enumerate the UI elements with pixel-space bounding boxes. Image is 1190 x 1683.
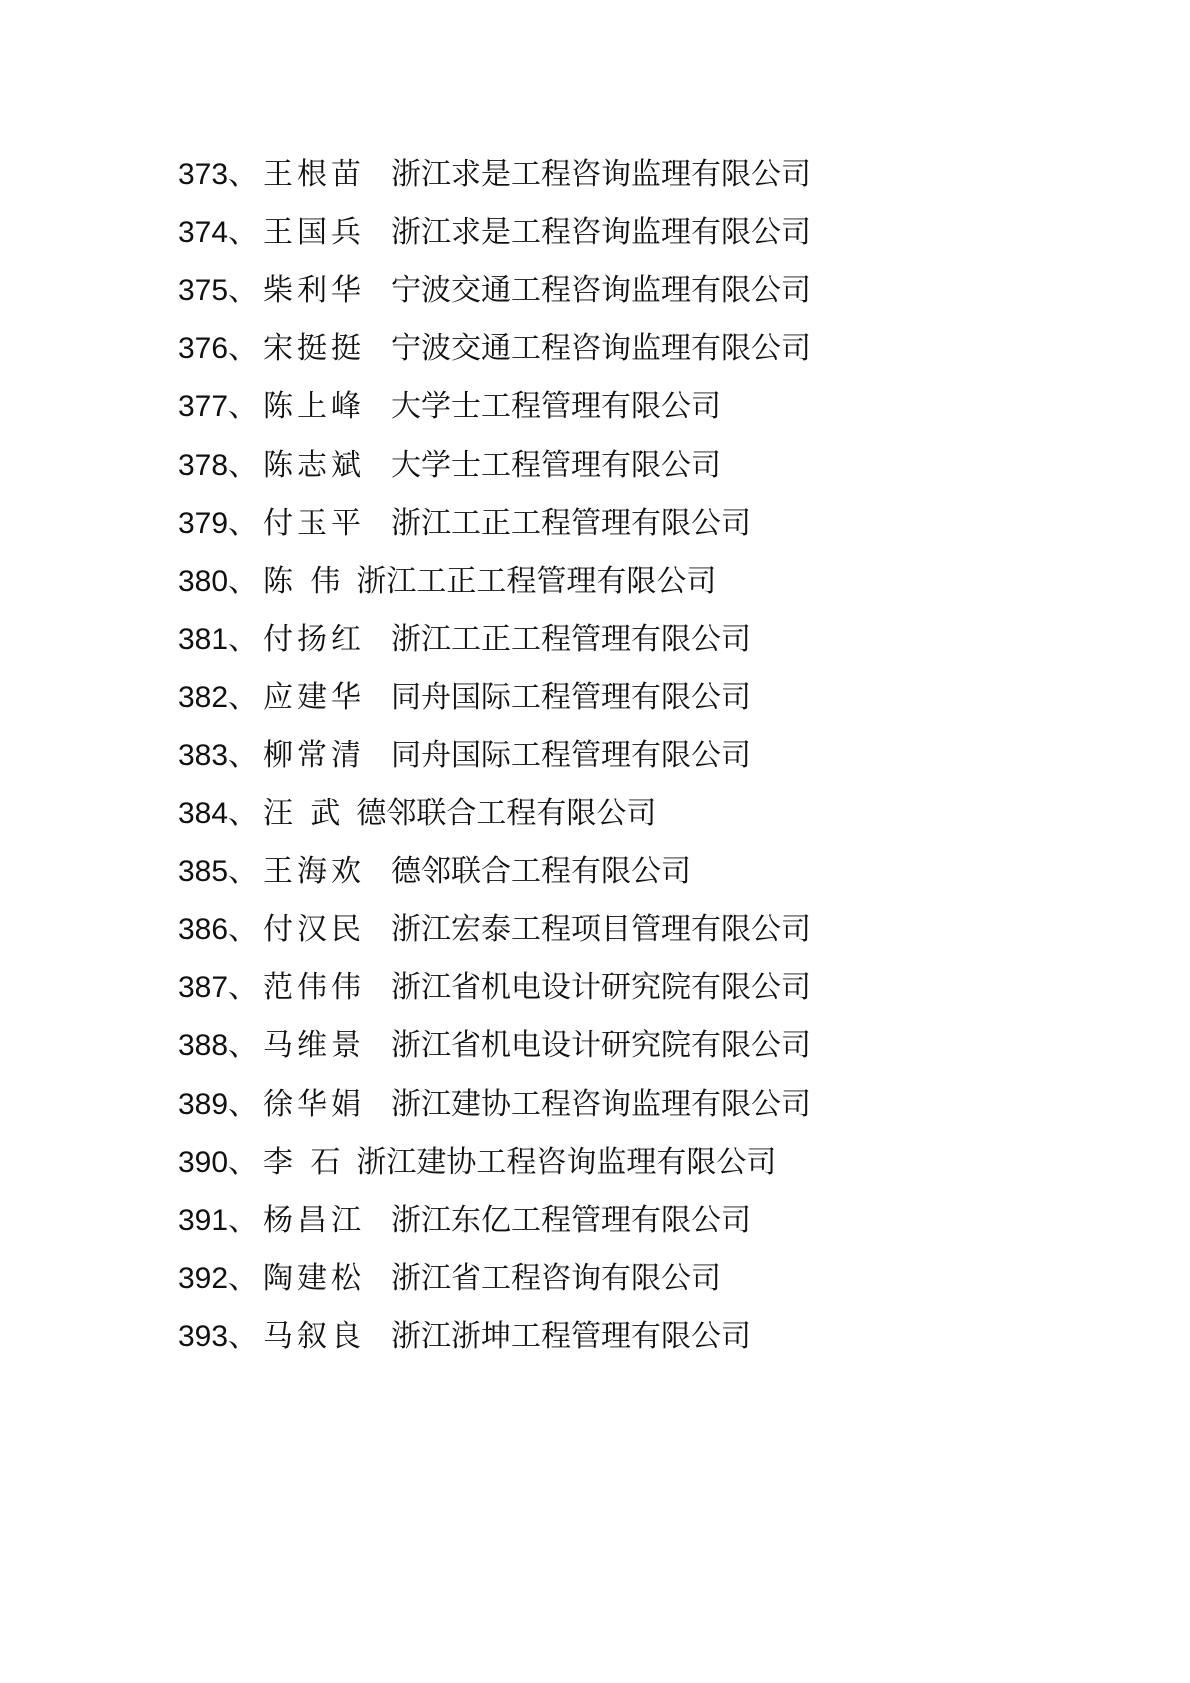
entry-company: 大学士工程管理有限公司 (391, 392, 721, 422)
entry-name: 马维景 (263, 1031, 365, 1061)
entry-name: 应建华 (263, 683, 365, 713)
list-item: 391、 杨昌江 浙江东亿工程管理有限公司 (178, 1192, 1118, 1250)
entry-name: 范伟伟 (263, 973, 365, 1003)
entry-name: 徐华娟 (263, 1090, 365, 1120)
entry-number: 374、 (178, 218, 263, 248)
entry-name: 杨昌江 (263, 1206, 365, 1236)
list-item: 378、 陈志斌 大学士工程管理有限公司 (178, 436, 1118, 494)
entry-name: 陶建松 (263, 1264, 365, 1294)
entry-number: 392、 (178, 1264, 263, 1294)
entry-name: 付汉民 (263, 915, 365, 945)
list-item: 373、 王根苗 浙江求是工程咨询监理有限公司 (178, 146, 1118, 204)
entry-name: 柴利华 (263, 276, 365, 306)
entry-company: 德邻联合工程有限公司 (391, 857, 691, 887)
entry-company: 浙江求是工程咨询监理有限公司 (391, 160, 811, 190)
entry-company: 同舟国际工程管理有限公司 (391, 741, 751, 771)
entry-name: 陈 伟 (263, 567, 340, 597)
entry-company: 浙江浙坤工程管理有限公司 (391, 1322, 751, 1352)
entry-name: 王海欢 (263, 857, 365, 887)
entry-company: 德邻联合工程有限公司 (356, 799, 656, 829)
entry-number: 376、 (178, 334, 263, 364)
entry-name: 陈上峰 (263, 392, 365, 422)
list-item: 375、 柴利华 宁波交通工程咨询监理有限公司 (178, 262, 1118, 320)
document-page: 373、 王根苗 浙江求是工程咨询监理有限公司 374、 王国兵 浙江求是工程咨… (0, 0, 1190, 1683)
list-item: 392、 陶建松 浙江省工程咨询有限公司 (178, 1250, 1118, 1308)
entry-name: 王国兵 (263, 218, 365, 248)
entry-number: 375、 (178, 276, 263, 306)
entry-number: 378、 (178, 451, 263, 481)
entry-company: 浙江东亿工程管理有限公司 (391, 1206, 751, 1236)
entry-company: 浙江省机电设计研究院有限公司 (391, 973, 811, 1003)
entry-name: 汪 武 (263, 799, 340, 829)
entry-company: 浙江建协工程咨询监理有限公司 (356, 1148, 776, 1178)
entry-number: 379、 (178, 509, 263, 539)
entry-name: 李 石 (263, 1148, 340, 1178)
entry-company: 大学士工程管理有限公司 (391, 451, 721, 481)
list-item: 387、 范伟伟 浙江省机电设计研究院有限公司 (178, 959, 1118, 1017)
list-item: 390、 李 石 浙江建协工程咨询监理有限公司 (178, 1134, 1118, 1192)
list-item: 385、 王海欢 德邻联合工程有限公司 (178, 843, 1118, 901)
entry-name: 柳常清 (263, 741, 365, 771)
entry-number: 373、 (178, 160, 263, 190)
list-item: 382、 应建华 同舟国际工程管理有限公司 (178, 669, 1118, 727)
list-item: 389、 徐华娟 浙江建协工程咨询监理有限公司 (178, 1076, 1118, 1134)
entry-name: 付扬红 (263, 625, 365, 655)
entry-name: 宋挺挺 (263, 334, 365, 364)
entry-number: 391、 (178, 1206, 263, 1236)
entry-company: 同舟国际工程管理有限公司 (391, 683, 751, 713)
entry-name: 陈志斌 (263, 451, 365, 481)
entry-number: 377、 (178, 392, 263, 422)
entry-number: 390、 (178, 1148, 263, 1178)
list-item: 381、 付扬红 浙江工正工程管理有限公司 (178, 611, 1118, 669)
entry-company: 浙江省工程咨询有限公司 (391, 1264, 721, 1294)
list-item: 393、 马叙良 浙江浙坤工程管理有限公司 (178, 1308, 1118, 1366)
entry-name: 付玉平 (263, 509, 365, 539)
list-item: 380、 陈 伟 浙江工正工程管理有限公司 (178, 553, 1118, 611)
entry-name: 马叙良 (263, 1322, 365, 1352)
entry-company: 浙江宏泰工程项目管理有限公司 (391, 915, 811, 945)
entry-company: 浙江工正工程管理有限公司 (391, 625, 751, 655)
list-item: 383、 柳常清 同舟国际工程管理有限公司 (178, 727, 1118, 785)
list-item: 384、 汪 武 德邻联合工程有限公司 (178, 785, 1118, 843)
entry-number: 386、 (178, 915, 263, 945)
entry-number: 382、 (178, 683, 263, 713)
entry-company: 宁波交通工程咨询监理有限公司 (391, 276, 811, 306)
entry-company: 宁波交通工程咨询监理有限公司 (391, 334, 811, 364)
entry-number: 383、 (178, 741, 263, 771)
list-item: 388、 马维景 浙江省机电设计研究院有限公司 (178, 1017, 1118, 1075)
entry-number: 385、 (178, 857, 263, 887)
entry-company: 浙江工正工程管理有限公司 (391, 509, 751, 539)
entry-number: 388、 (178, 1031, 263, 1061)
entry-number: 380、 (178, 567, 263, 597)
roster-list: 373、 王根苗 浙江求是工程咨询监理有限公司 374、 王国兵 浙江求是工程咨… (178, 146, 1118, 1366)
list-item: 379、 付玉平 浙江工正工程管理有限公司 (178, 495, 1118, 553)
list-item: 374、 王国兵 浙江求是工程咨询监理有限公司 (178, 204, 1118, 262)
entry-number: 393、 (178, 1322, 263, 1352)
entry-company: 浙江建协工程咨询监理有限公司 (391, 1090, 811, 1120)
list-item: 386、 付汉民 浙江宏泰工程项目管理有限公司 (178, 901, 1118, 959)
entry-company: 浙江省机电设计研究院有限公司 (391, 1031, 811, 1061)
entry-number: 389、 (178, 1090, 263, 1120)
entry-number: 384、 (178, 799, 263, 829)
entry-company: 浙江求是工程咨询监理有限公司 (391, 218, 811, 248)
entry-name: 王根苗 (263, 160, 365, 190)
list-item: 376、 宋挺挺 宁波交通工程咨询监理有限公司 (178, 320, 1118, 378)
entry-number: 387、 (178, 973, 263, 1003)
list-item: 377、 陈上峰 大学士工程管理有限公司 (178, 378, 1118, 436)
entry-number: 381、 (178, 625, 263, 655)
entry-company: 浙江工正工程管理有限公司 (356, 567, 716, 597)
